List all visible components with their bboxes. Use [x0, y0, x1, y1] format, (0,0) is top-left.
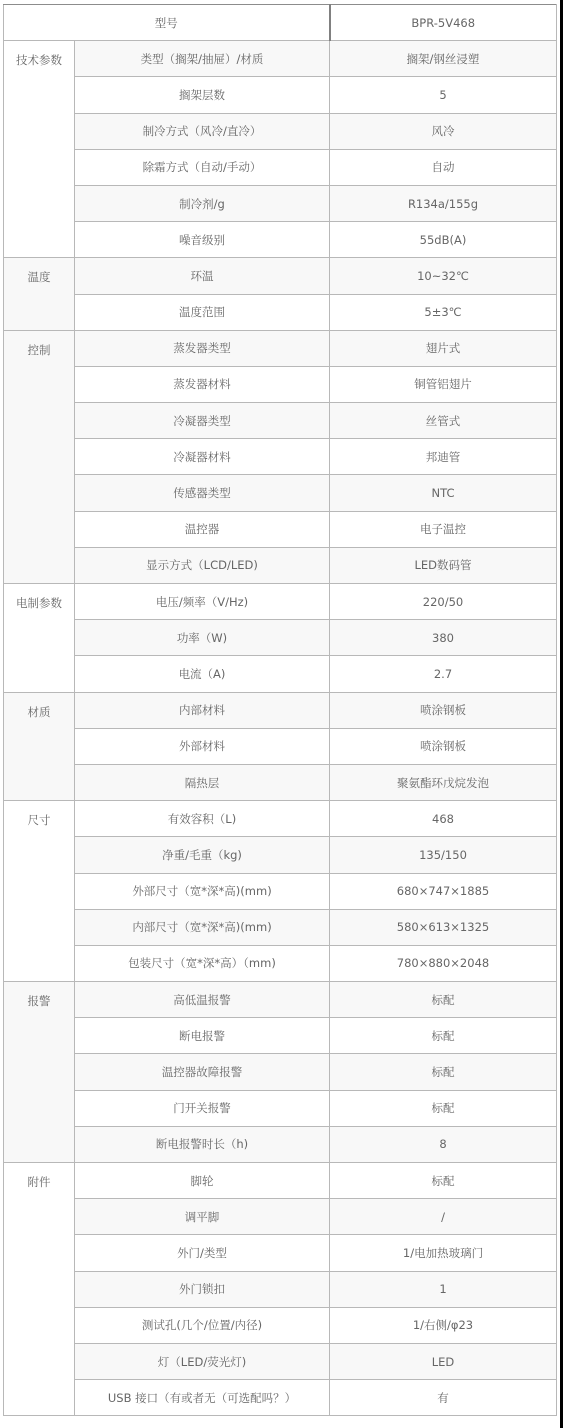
- param-label: 电流（A): [75, 656, 330, 692]
- param-label: 断电报警时长（h): [75, 1126, 330, 1162]
- param-label: 类型（搁架/抽屉）/材质: [75, 41, 330, 77]
- spec-row: 材质内部材料喷涂钢板: [4, 692, 557, 728]
- spec-row: 温控器电子温控: [4, 511, 557, 547]
- param-value: 10~32℃: [330, 258, 557, 294]
- spec-row: 尺寸有效容积（L)468: [4, 801, 557, 837]
- param-label: 冷凝器类型: [75, 403, 330, 439]
- spec-row: 除霜方式（自动/手动）自动: [4, 149, 557, 185]
- spec-row: 测试孔(几个/位置/内径)1/右侧/φ23: [4, 1307, 557, 1343]
- param-label: 脚轮: [75, 1163, 330, 1199]
- param-value: 自动: [330, 149, 557, 185]
- param-value: 标配: [330, 1163, 557, 1199]
- param-label: 包装尺寸（宽*深*高）（mm): [75, 945, 330, 981]
- spec-row: 外门/类型1/电加热玻璃门: [4, 1235, 557, 1271]
- param-label: 调平脚: [75, 1199, 330, 1235]
- spec-row: 搁架层数5: [4, 77, 557, 113]
- param-label: 断电报警: [75, 1018, 330, 1054]
- param-label: 外门/类型: [75, 1235, 330, 1271]
- spec-row: 温度环温10~32℃: [4, 258, 557, 294]
- category-label: 材质: [4, 692, 75, 801]
- param-label: 温控器: [75, 511, 330, 547]
- param-label: 内部材料: [75, 692, 330, 728]
- spec-row: 净重/毛重（kg)135/150: [4, 837, 557, 873]
- param-value: 标配: [330, 1054, 557, 1090]
- param-value: 1/右侧/φ23: [330, 1307, 557, 1343]
- spec-row: 外部尺寸（宽*深*高)(mm)680×747×1885: [4, 873, 557, 909]
- param-label: 传感器类型: [75, 475, 330, 511]
- param-label: 功率（W): [75, 620, 330, 656]
- spec-row: 制冷剂/gR134a/155g: [4, 185, 557, 221]
- param-label: 电压/频率（V/Hz): [75, 584, 330, 620]
- param-value: 标配: [330, 1018, 557, 1054]
- spec-row: 控制蒸发器类型翅片式: [4, 330, 557, 366]
- param-label: 测试孔(几个/位置/内径): [75, 1307, 330, 1343]
- param-value: 1/电加热玻璃门: [330, 1235, 557, 1271]
- spec-row: 隔热层聚氨酯环戊烷发泡: [4, 764, 557, 800]
- param-label: 隔热层: [75, 764, 330, 800]
- spec-row: 显示方式（LCD/LED)LED数码管: [4, 547, 557, 583]
- spec-row: 技术参数类型（搁架/抽屉）/材质搁架/钢丝浸塑: [4, 41, 557, 77]
- param-value: 5: [330, 77, 557, 113]
- param-label: 灯（LED/荧光灯): [75, 1343, 330, 1379]
- param-label: 搁架层数: [75, 77, 330, 113]
- param-label: 有效容积（L): [75, 801, 330, 837]
- param-label: 噪音级别: [75, 222, 330, 258]
- param-label: 蒸发器材料: [75, 366, 330, 402]
- param-value: 468: [330, 801, 557, 837]
- param-value: 搁架/钢丝浸塑: [330, 41, 557, 77]
- spec-row: 传感器类型NTC: [4, 475, 557, 511]
- category-label: 技术参数: [4, 41, 75, 258]
- param-value: 丝管式: [330, 403, 557, 439]
- model-value: BPR-5V468: [330, 5, 557, 41]
- param-value: 380: [330, 620, 557, 656]
- spec-row: 功率（W)380: [4, 620, 557, 656]
- param-label: 蒸发器类型: [75, 330, 330, 366]
- param-value: 135/150: [330, 837, 557, 873]
- param-label: 外门锁扣: [75, 1271, 330, 1307]
- spec-row: 冷凝器材料邦迪管: [4, 439, 557, 475]
- model-row: 型号 BPR-5V468: [4, 5, 557, 41]
- param-value: 有: [330, 1380, 557, 1416]
- param-value: LED数码管: [330, 547, 557, 583]
- param-value: 标配: [330, 1090, 557, 1126]
- category-label: 温度: [4, 258, 75, 330]
- spec-row: 蒸发器材料铜管铝翅片: [4, 366, 557, 402]
- spec-row: 内部尺寸（宽*深*高)(mm)580×613×1325: [4, 909, 557, 945]
- param-label: 门开关报警: [75, 1090, 330, 1126]
- spec-table: 型号 BPR-5V468 技术参数类型（搁架/抽屉）/材质搁架/钢丝浸塑搁架层数…: [3, 4, 557, 1416]
- param-label: 显示方式（LCD/LED): [75, 547, 330, 583]
- category-label: 电制参数: [4, 584, 75, 693]
- param-label: 外部尺寸（宽*深*高)(mm): [75, 873, 330, 909]
- param-value: 5±3℃: [330, 294, 557, 330]
- spec-row: 调平脚/: [4, 1199, 557, 1235]
- param-value: R134a/155g: [330, 185, 557, 221]
- param-value: 邦迪管: [330, 439, 557, 475]
- spec-row: 附件脚轮标配: [4, 1163, 557, 1199]
- param-label: 外部材料: [75, 728, 330, 764]
- param-value: 喷涂钢板: [330, 728, 557, 764]
- param-value: 8: [330, 1126, 557, 1162]
- spec-row: 断电报警时长（h)8: [4, 1126, 557, 1162]
- model-label: 型号: [4, 5, 330, 41]
- param-value: /: [330, 1199, 557, 1235]
- spec-row: 报警高低温报警标配: [4, 982, 557, 1018]
- spec-row: 电制参数电压/频率（V/Hz)220/50: [4, 584, 557, 620]
- param-value: 1: [330, 1271, 557, 1307]
- param-label: 除霜方式（自动/手动）: [75, 149, 330, 185]
- spec-row: 制冷方式（风冷/直冷）风冷: [4, 113, 557, 149]
- param-value: NTC: [330, 475, 557, 511]
- param-value: 铜管铝翅片: [330, 366, 557, 402]
- spec-row: 温控器故障报警标配: [4, 1054, 557, 1090]
- spec-row: 外门锁扣1: [4, 1271, 557, 1307]
- param-value: 2.7: [330, 656, 557, 692]
- spec-row: 电流（A)2.7: [4, 656, 557, 692]
- spec-row: 灯（LED/荧光灯)LED: [4, 1343, 557, 1379]
- param-value: 55dB(A): [330, 222, 557, 258]
- param-label: 温度范围: [75, 294, 330, 330]
- param-label: 冷凝器材料: [75, 439, 330, 475]
- category-label: 附件: [4, 1163, 75, 1416]
- category-label: 控制: [4, 330, 75, 583]
- spec-row: USB 接口（有或者无（可选配吗？）有: [4, 1380, 557, 1416]
- param-label: USB 接口（有或者无（可选配吗？）: [75, 1380, 330, 1416]
- param-value: 标配: [330, 982, 557, 1018]
- param-label: 高低温报警: [75, 982, 330, 1018]
- param-value: 780×880×2048: [330, 945, 557, 981]
- param-value: 风冷: [330, 113, 557, 149]
- spec-row: 外部材料喷涂钢板: [4, 728, 557, 764]
- param-value: 580×613×1325: [330, 909, 557, 945]
- param-value: LED: [330, 1343, 557, 1379]
- param-label: 内部尺寸（宽*深*高)(mm): [75, 909, 330, 945]
- spec-row: 包装尺寸（宽*深*高）（mm)780×880×2048: [4, 945, 557, 981]
- spec-row: 断电报警标配: [4, 1018, 557, 1054]
- spec-row: 冷凝器类型丝管式: [4, 403, 557, 439]
- param-label: 温控器故障报警: [75, 1054, 330, 1090]
- spec-row: 噪音级别55dB(A): [4, 222, 557, 258]
- category-label: 尺寸: [4, 801, 75, 982]
- param-label: 制冷剂/g: [75, 185, 330, 221]
- param-value: 电子温控: [330, 511, 557, 547]
- param-label: 净重/毛重（kg): [75, 837, 330, 873]
- param-label: 制冷方式（风冷/直冷）: [75, 113, 330, 149]
- spec-row: 门开关报警标配: [4, 1090, 557, 1126]
- param-value: 喷涂钢板: [330, 692, 557, 728]
- param-value: 翅片式: [330, 330, 557, 366]
- param-label: 环温: [75, 258, 330, 294]
- param-value: 680×747×1885: [330, 873, 557, 909]
- category-label: 报警: [4, 982, 75, 1163]
- param-value: 220/50: [330, 584, 557, 620]
- spec-row: 温度范围5±3℃: [4, 294, 557, 330]
- param-value: 聚氨酯环戊烷发泡: [330, 764, 557, 800]
